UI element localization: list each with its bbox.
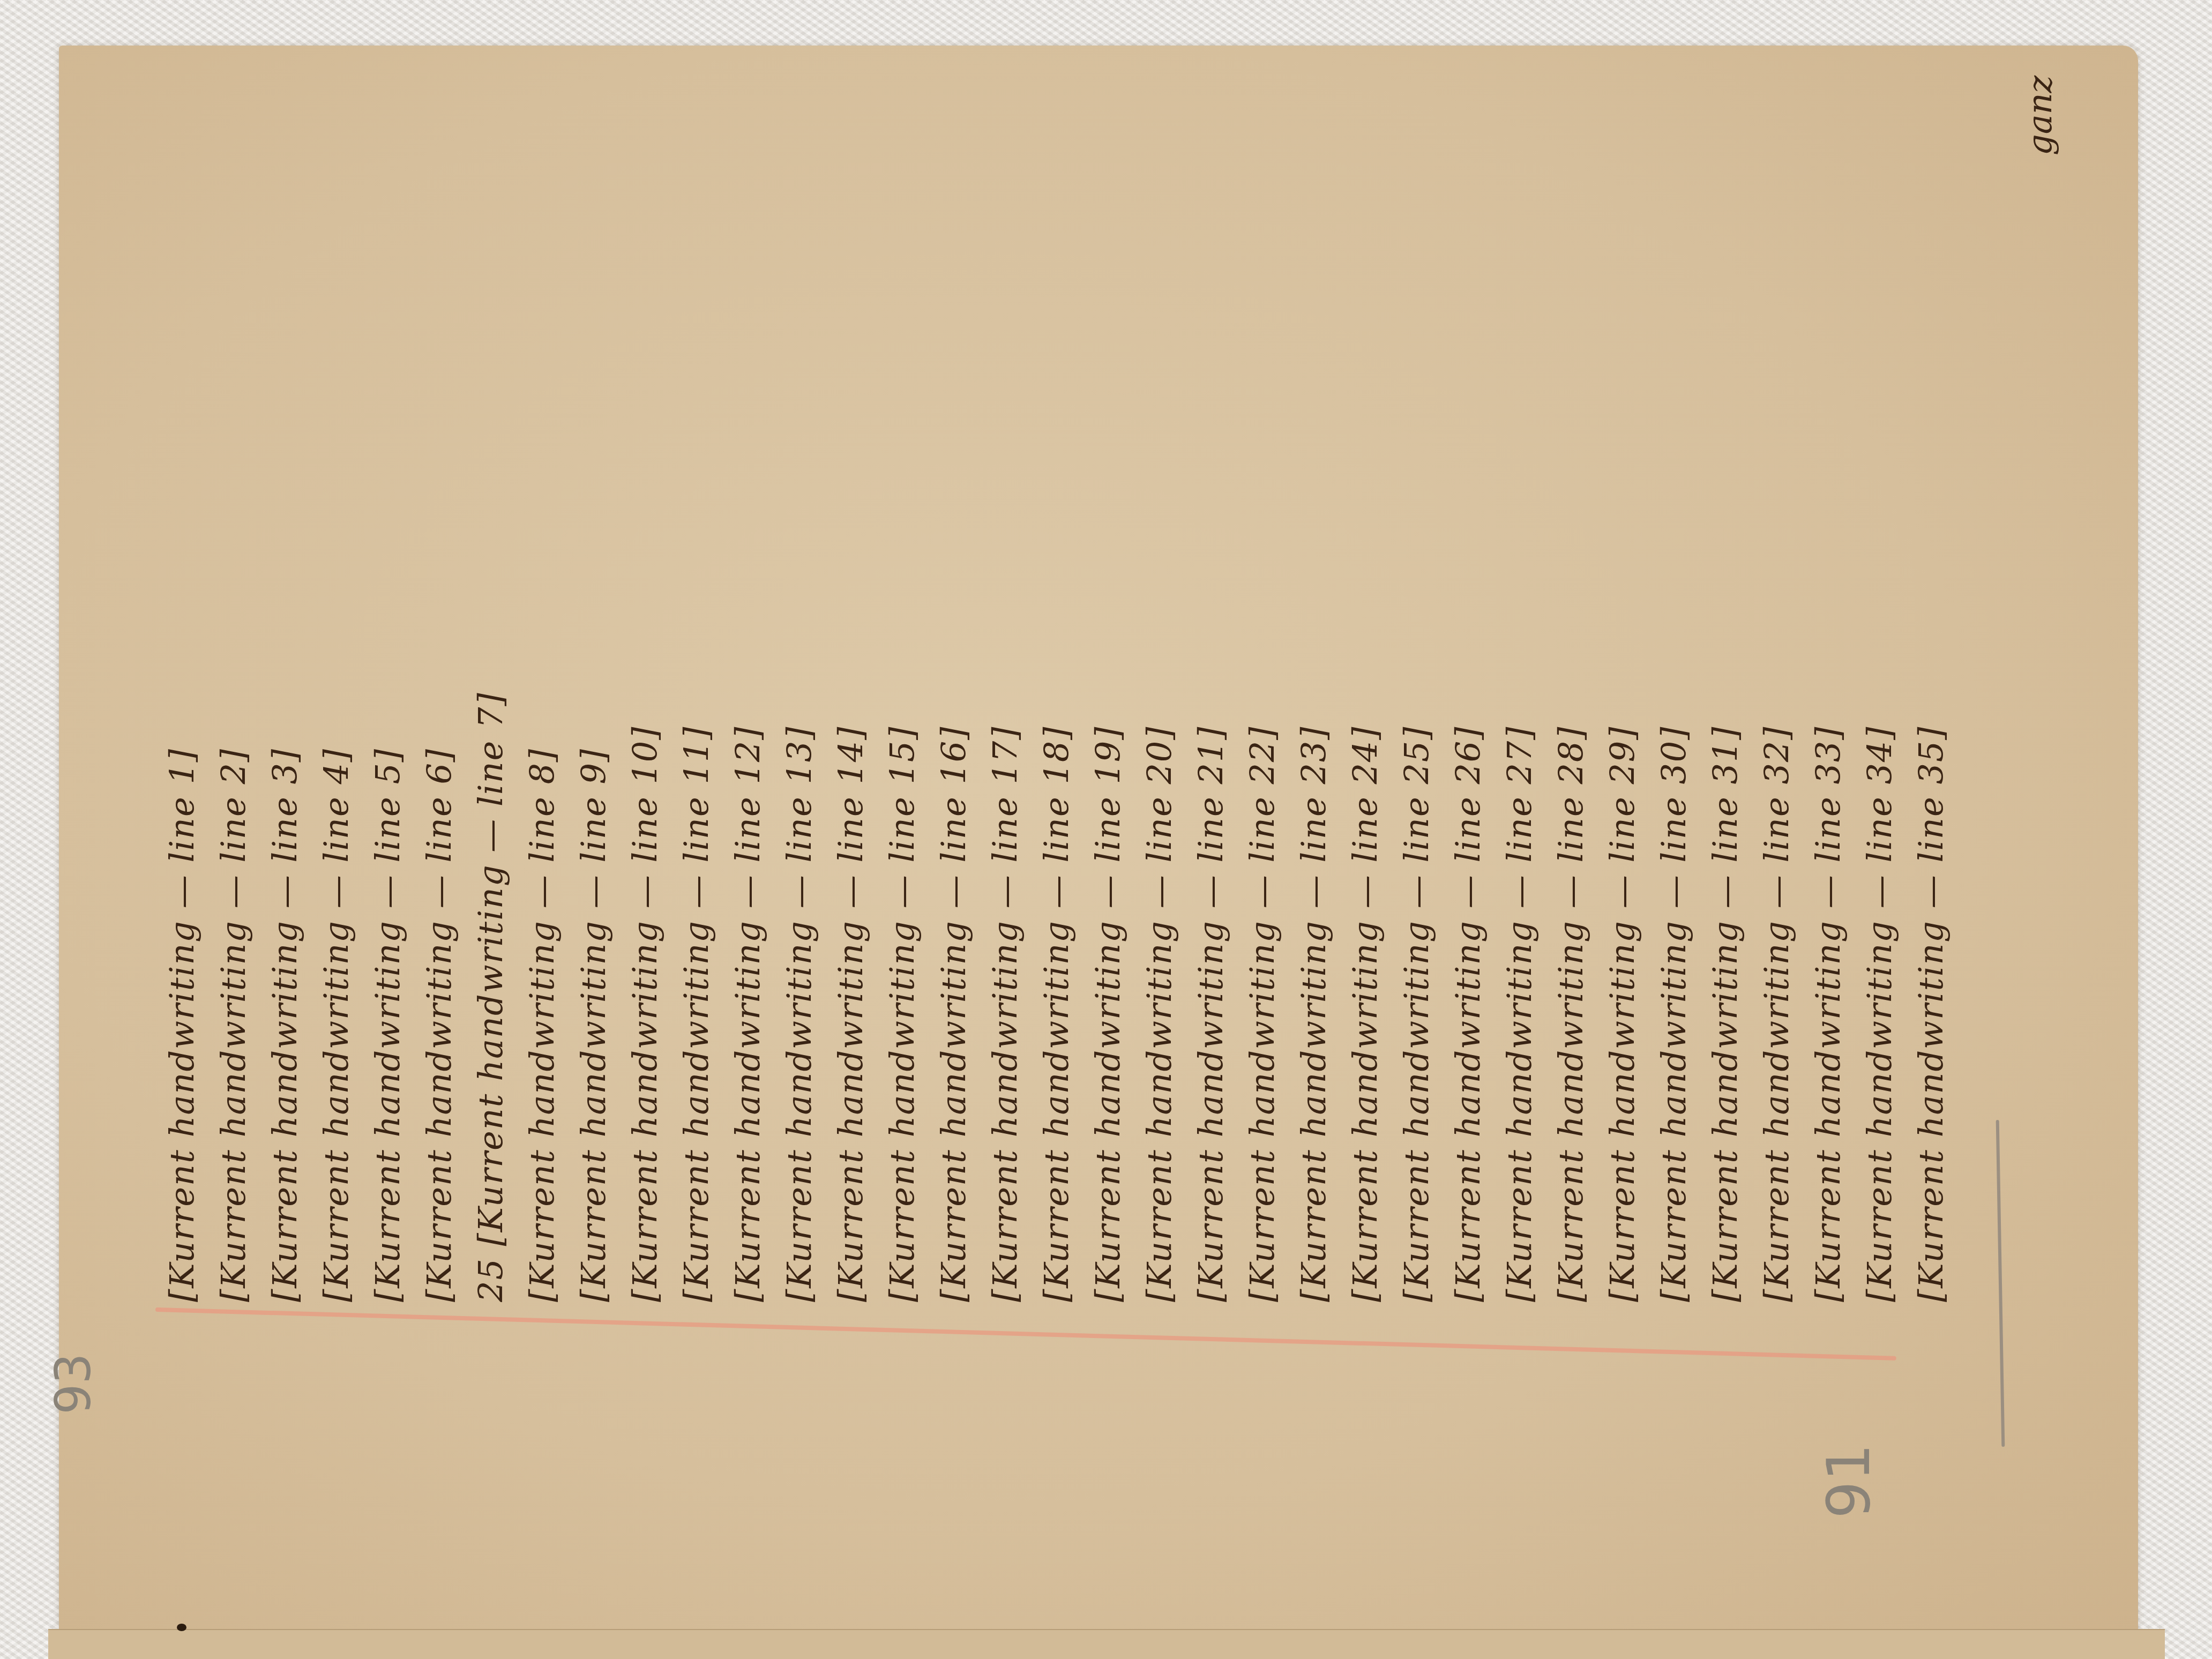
handwritten-line: [Kurrent handwriting — line 28] <box>1550 107 1593 1302</box>
page-fold-edge <box>48 1629 2165 1659</box>
page-number: 93 <box>46 1353 102 1415</box>
handwritten-line: [Kurrent handwriting — line 30] <box>1653 108 1695 1302</box>
handwritten-line: [Kurrent handwriting — line 27] <box>1498 106 1541 1302</box>
handwritten-line: [Kurrent handwriting — line 32] <box>1755 110 1798 1302</box>
folio-mark: 91 <box>1814 1444 1883 1519</box>
handwritten-line: [Kurrent handwriting — line 25] <box>1395 103 1438 1302</box>
handwritten-text-block: [Kurrent handwriting — line 1][Kurrent h… <box>161 43 2036 1302</box>
handwritten-line: [Kurrent handwriting — line 19] <box>1087 98 1130 1302</box>
handwritten-line: [Kurrent handwriting — line 12] <box>727 91 769 1302</box>
handwritten-line: [Kurrent handwriting — line 33] <box>1807 111 1850 1302</box>
handwritten-line: [Kurrent handwriting — line 29] <box>1601 107 1644 1302</box>
handwritten-line: [Kurrent handwriting — line 11] <box>675 90 718 1302</box>
handwritten-line: [Kurrent handwriting — line 4] <box>315 83 358 1302</box>
handwritten-line: [Kurrent handwriting — line 6] <box>418 85 461 1302</box>
handwritten-line: [Kurrent handwriting — line 22] <box>1241 101 1284 1302</box>
handwritten-line: [Kurrent handwriting — line 14] <box>829 93 872 1302</box>
handwritten-line: [Kurrent handwriting — line 31] <box>1704 109 1747 1302</box>
handwritten-line: 25 [Kurrent handwriting — line 7] <box>469 86 512 1302</box>
handwritten-line: [Kurrent handwriting — line 26] <box>1447 104 1490 1302</box>
handwritten-line: [Kurrent handwriting — line 5] <box>367 84 409 1302</box>
handwritten-line: [Kurrent handwriting — line 13] <box>778 92 821 1302</box>
handwritten-line: [Kurrent handwriting — line 3] <box>264 83 307 1302</box>
handwritten-line: [Kurrent handwriting — line 35] <box>1910 606 1953 1302</box>
handwritten-line: [Kurrent handwriting — line 16] <box>932 95 975 1302</box>
handwritten-line: [Kurrent handwriting — line 15] <box>881 94 924 1302</box>
handwritten-line: [Kurrent handwriting — line 20] <box>1138 99 1181 1302</box>
handwritten-line: [Kurrent handwriting — line 1] <box>161 80 204 1302</box>
handwritten-line: [Kurrent handwriting — line 8] <box>521 87 564 1302</box>
ink-spot <box>177 1624 186 1631</box>
handwritten-line: [Kurrent handwriting — line 10] <box>624 89 667 1302</box>
handwritten-line: [Kurrent handwriting — line 9] <box>572 88 615 1302</box>
handwritten-line: [Kurrent handwriting — line 21] <box>1190 659 1232 1302</box>
handwritten-line: [Kurrent handwriting — line 18] <box>1035 97 1078 1302</box>
handwritten-line: [Kurrent handwriting — line 17] <box>984 96 1027 1302</box>
handwritten-line: [Kurrent handwriting — line 24] <box>1344 102 1387 1302</box>
handwritten-line: [Kurrent handwriting — line 2] <box>212 81 255 1302</box>
handwritten-line: [Kurrent handwriting — line 23] <box>1292 102 1335 1302</box>
handwritten-line: [Kurrent handwriting — line 34] <box>1858 112 1901 1302</box>
